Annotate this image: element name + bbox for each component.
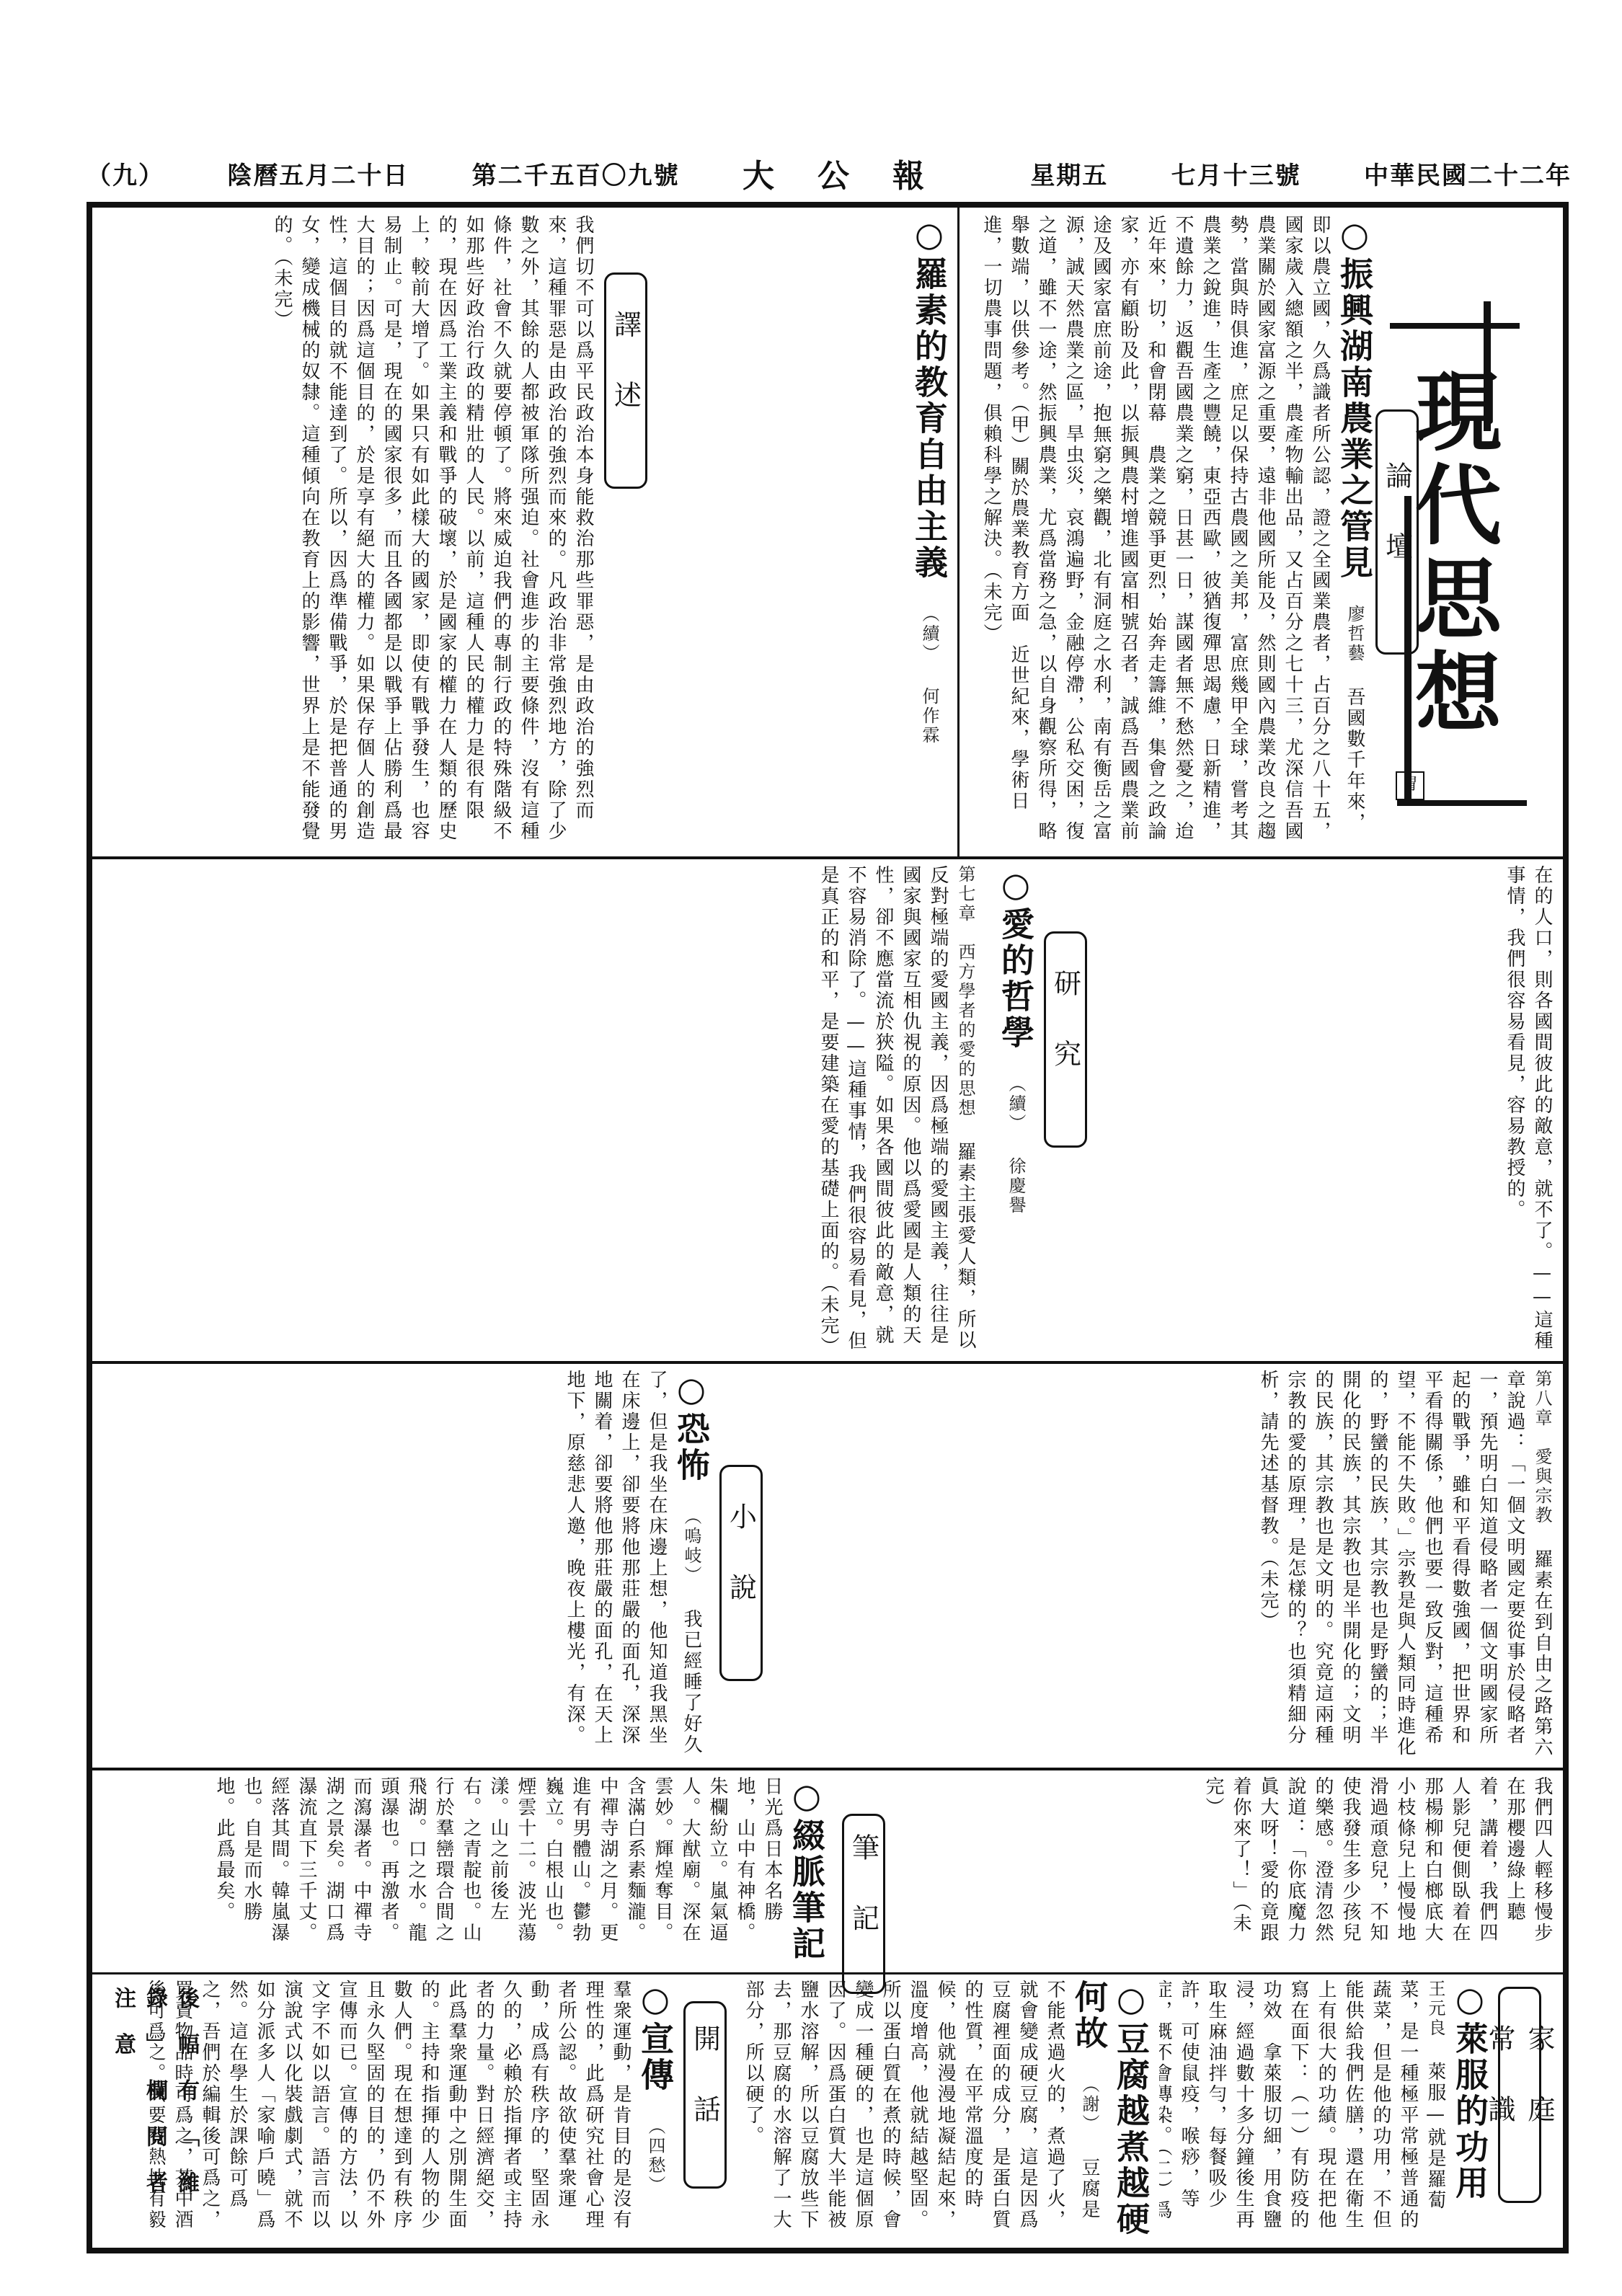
article-love-headline-block: ○愛的哲學 （續） 徐慶譽 (986, 865, 1037, 1355)
article-propaganda: ○宣傳 （四愁） 羣衆運動，是肯目的是沒有理性的，此爲研究社會心理者所公認。故欲… (150, 1980, 676, 2239)
article-body: 萊服—就是羅蔔菜，是一種極平常極普通的蔬菜，但是他的功用，不但能供給我們佐膳，還… (1159, 1980, 1446, 2233)
article-love-religion-intro: 在的人口，則各國間彼此的敵意，就不了。——這種事情，我們很容易看見，容易教授的。 (1275, 865, 1556, 1355)
header-page-no: （九） (87, 156, 164, 191)
date-header: 中華民國二十二年 七月十三號 星期五 大公報 第二千五百〇九號 陰曆五月二十日 … (87, 144, 1572, 202)
article-russell-headline-block: ○羅素的教育自由主義 （續） 何作霖 (662, 215, 950, 849)
article-body: 羅素主張愛人類，所以反對極端的愛國主義，因爲極端的愛國主義，往往是國家與國家互相… (817, 865, 976, 1355)
section-label-forum: 論壇 (1375, 409, 1419, 655)
newspaper-page: 中華民國二十二年 七月十三號 星期五 大公報 第二千五百〇九號 陰曆五月二十日 … (87, 144, 1572, 2278)
header-issue-no: 第二千五百〇九號 (472, 156, 680, 191)
header-weekday: 星期五 (1030, 156, 1108, 191)
article-travel-notes: ○綴脈筆記 日光爲日本名勝地，山中有神橋。朱欄紛立。嵐氣逼人。大猷廟。深在雲妙。… (99, 1776, 828, 1964)
article-continued-note: （續） (919, 605, 939, 663)
article-chapter: 第八章 愛與宗教 (1532, 1370, 1552, 1525)
article-author: （四愁） (645, 2117, 665, 2195)
article-body: 羣衆運動，是肯目的是沒有理性的，此爲研究社會心理者所公認。故欲使羣衆運動，成爲有… (150, 1980, 631, 2230)
section-label-fiction: 小說 (719, 1465, 763, 1681)
article-author: （嗚岐） (681, 1507, 701, 1585)
band-fiction: 第八章 愛與宗教 羅素在到自由之路第六章說過：「一個文明國定要從事於侵略者一，預… (92, 1364, 1563, 1770)
band-bottom: 我們四人輕移慢步在那櫻邊綠上聽着，講着，我們四人影兒便側臥着在那楊柳和白榔底大小… (92, 1770, 1563, 2246)
article-headline: ○恐怖 (672, 1370, 711, 1484)
article-author: 徐慶譽 (1006, 1157, 1026, 1215)
article-headline: ○愛的哲學 (996, 865, 1035, 1051)
section-label-translation: 譯述 (604, 272, 647, 489)
article-author: （謝） (1079, 2075, 1099, 2134)
masthead-rule-bottom (1397, 800, 1527, 806)
masthead-rule-top (1390, 323, 1520, 329)
band-top: 現代思想 胃 論壇 ○振興湖南農業之管見 廖哲藝 吾國數千年來，即以農立國，久爲… (92, 208, 1563, 859)
article-agriculture: ○振興湖南農業之管見 廖哲藝 吾國數千年來，即以農立國，久爲識者所公認，證之全國… (972, 215, 1375, 849)
article-author: 何作霖 (919, 687, 939, 745)
article-headline: ○萊服的功用 (1450, 1980, 1489, 2202)
section-label-research: 研究 (1044, 931, 1087, 1148)
article-body: 日光爲日本名勝地，山中有神橋。朱欄紛立。嵐氣逼人。大猷廟。深在雲妙。輝煌奪目。含… (213, 1776, 783, 1943)
masthead-seal-icon: 胃 (1396, 771, 1424, 800)
column-divider (957, 208, 960, 856)
section-label-chat: 開話 (683, 2001, 727, 2189)
article-body: 吾國數千年來，即以農立國，久爲識者所公認，證之全國業農者，占百分之八十五，國家歲… (980, 215, 1365, 842)
section-label-home: 家庭常識 (1498, 1987, 1541, 2203)
article-scenery: 我們四人輕移慢步在那櫻邊綠上聽着，講着，我們四人影兒便側臥着在那楊柳和白榔底大小… (856, 1776, 1556, 1964)
article-body: 在的人口，則各國間彼此的敵意，就不了。——這種事情，我們很容易看見，容易教授的。 (1504, 865, 1553, 1352)
band-research: 在的人口，則各國間彼此的敵意，就不了。——這種事情，我們很容易看見，容易教授的。… (92, 859, 1563, 1364)
paper-name: 大公報 (743, 150, 967, 196)
article-headline: ○綴脈筆記 (787, 1776, 826, 1962)
article-body: 豆腐是不能煮過火的，煮過了火，就會變成硬豆腐，這是因爲豆腐裡面的成分，是蛋白質的… (743, 1980, 1100, 2230)
article-body: 羅素在到自由之路第六章說過：「一個文明國定要從事於侵略者一，預先明白知道侵略者一… (1257, 1370, 1553, 1758)
article-radish: ○萊服的功用 王元良 萊服—就是羅蔔菜，是一種極平常極普通的蔬菜，但是他的功用，… (1159, 1980, 1491, 2239)
header-date: 七月十三號 (1171, 156, 1301, 191)
article-headline: ○宣傳 (636, 1980, 675, 2093)
article-terror: ○恐怖 （嗚岐） 我已經睡了好久了，但是我坐在床邊上想，他知道我黑坐在床邊上，卻… (99, 1370, 712, 1759)
article-author: 王元良 (1425, 1980, 1445, 2038)
article-tofu: ○豆腐越煮越硬何故 （謝） 豆腐是不能煮過火的，煮過了火，就會變成硬豆腐，這是因… (741, 1980, 1152, 2239)
article-body: 我們切不可以爲平民政治本身能救治那些罪惡，是由政治的強烈而來，這種罪惡是由政治的… (271, 215, 594, 842)
article-love-religion: 第八章 愛與宗教 羅素在到自由之路第六章說過：「一個文明國定要從事於侵略者一，預… (784, 1370, 1556, 1759)
article-continued-note: （續） (1006, 1075, 1026, 1133)
row-divider (92, 1972, 1563, 1974)
header-lunar-date: 陰曆五月二十日 (227, 156, 409, 191)
header-year: 中華民國二十二年 (1364, 156, 1572, 191)
article-headline: ○羅素的教育自由主義 (910, 215, 949, 581)
article-headline: ○振興湖南農業之管見 (1335, 215, 1374, 581)
article-body: 我們四人輕移慢步在那櫻邊綠上聽着，講着，我們四人影兒便側臥着在那楊柳和白榔底大小… (1202, 1776, 1553, 1943)
section-label-notes: 筆記 (842, 1814, 885, 1994)
article-chapter: 第七章 西方學者的愛的思想 (955, 865, 975, 1118)
article-author: 廖哲藝 (1344, 605, 1365, 663)
footer-notice: 後幅有「濰錄」欄閱者注意 (107, 1987, 202, 2232)
article-russell-body: 我們切不可以爲平民政治本身能救治那些罪惡，是由政治的強烈而來，這種罪惡是由政治的… (99, 215, 597, 849)
page-frame: 現代思想 胃 論壇 ○振興湖南農業之管見 廖哲藝 吾國數千年來，即以農立國，久爲… (87, 202, 1569, 2253)
article-love-body: 第七章 西方學者的愛的思想 羅素主張愛人類，所以反對極端的愛國主義，因爲極端的愛… (99, 865, 979, 1355)
